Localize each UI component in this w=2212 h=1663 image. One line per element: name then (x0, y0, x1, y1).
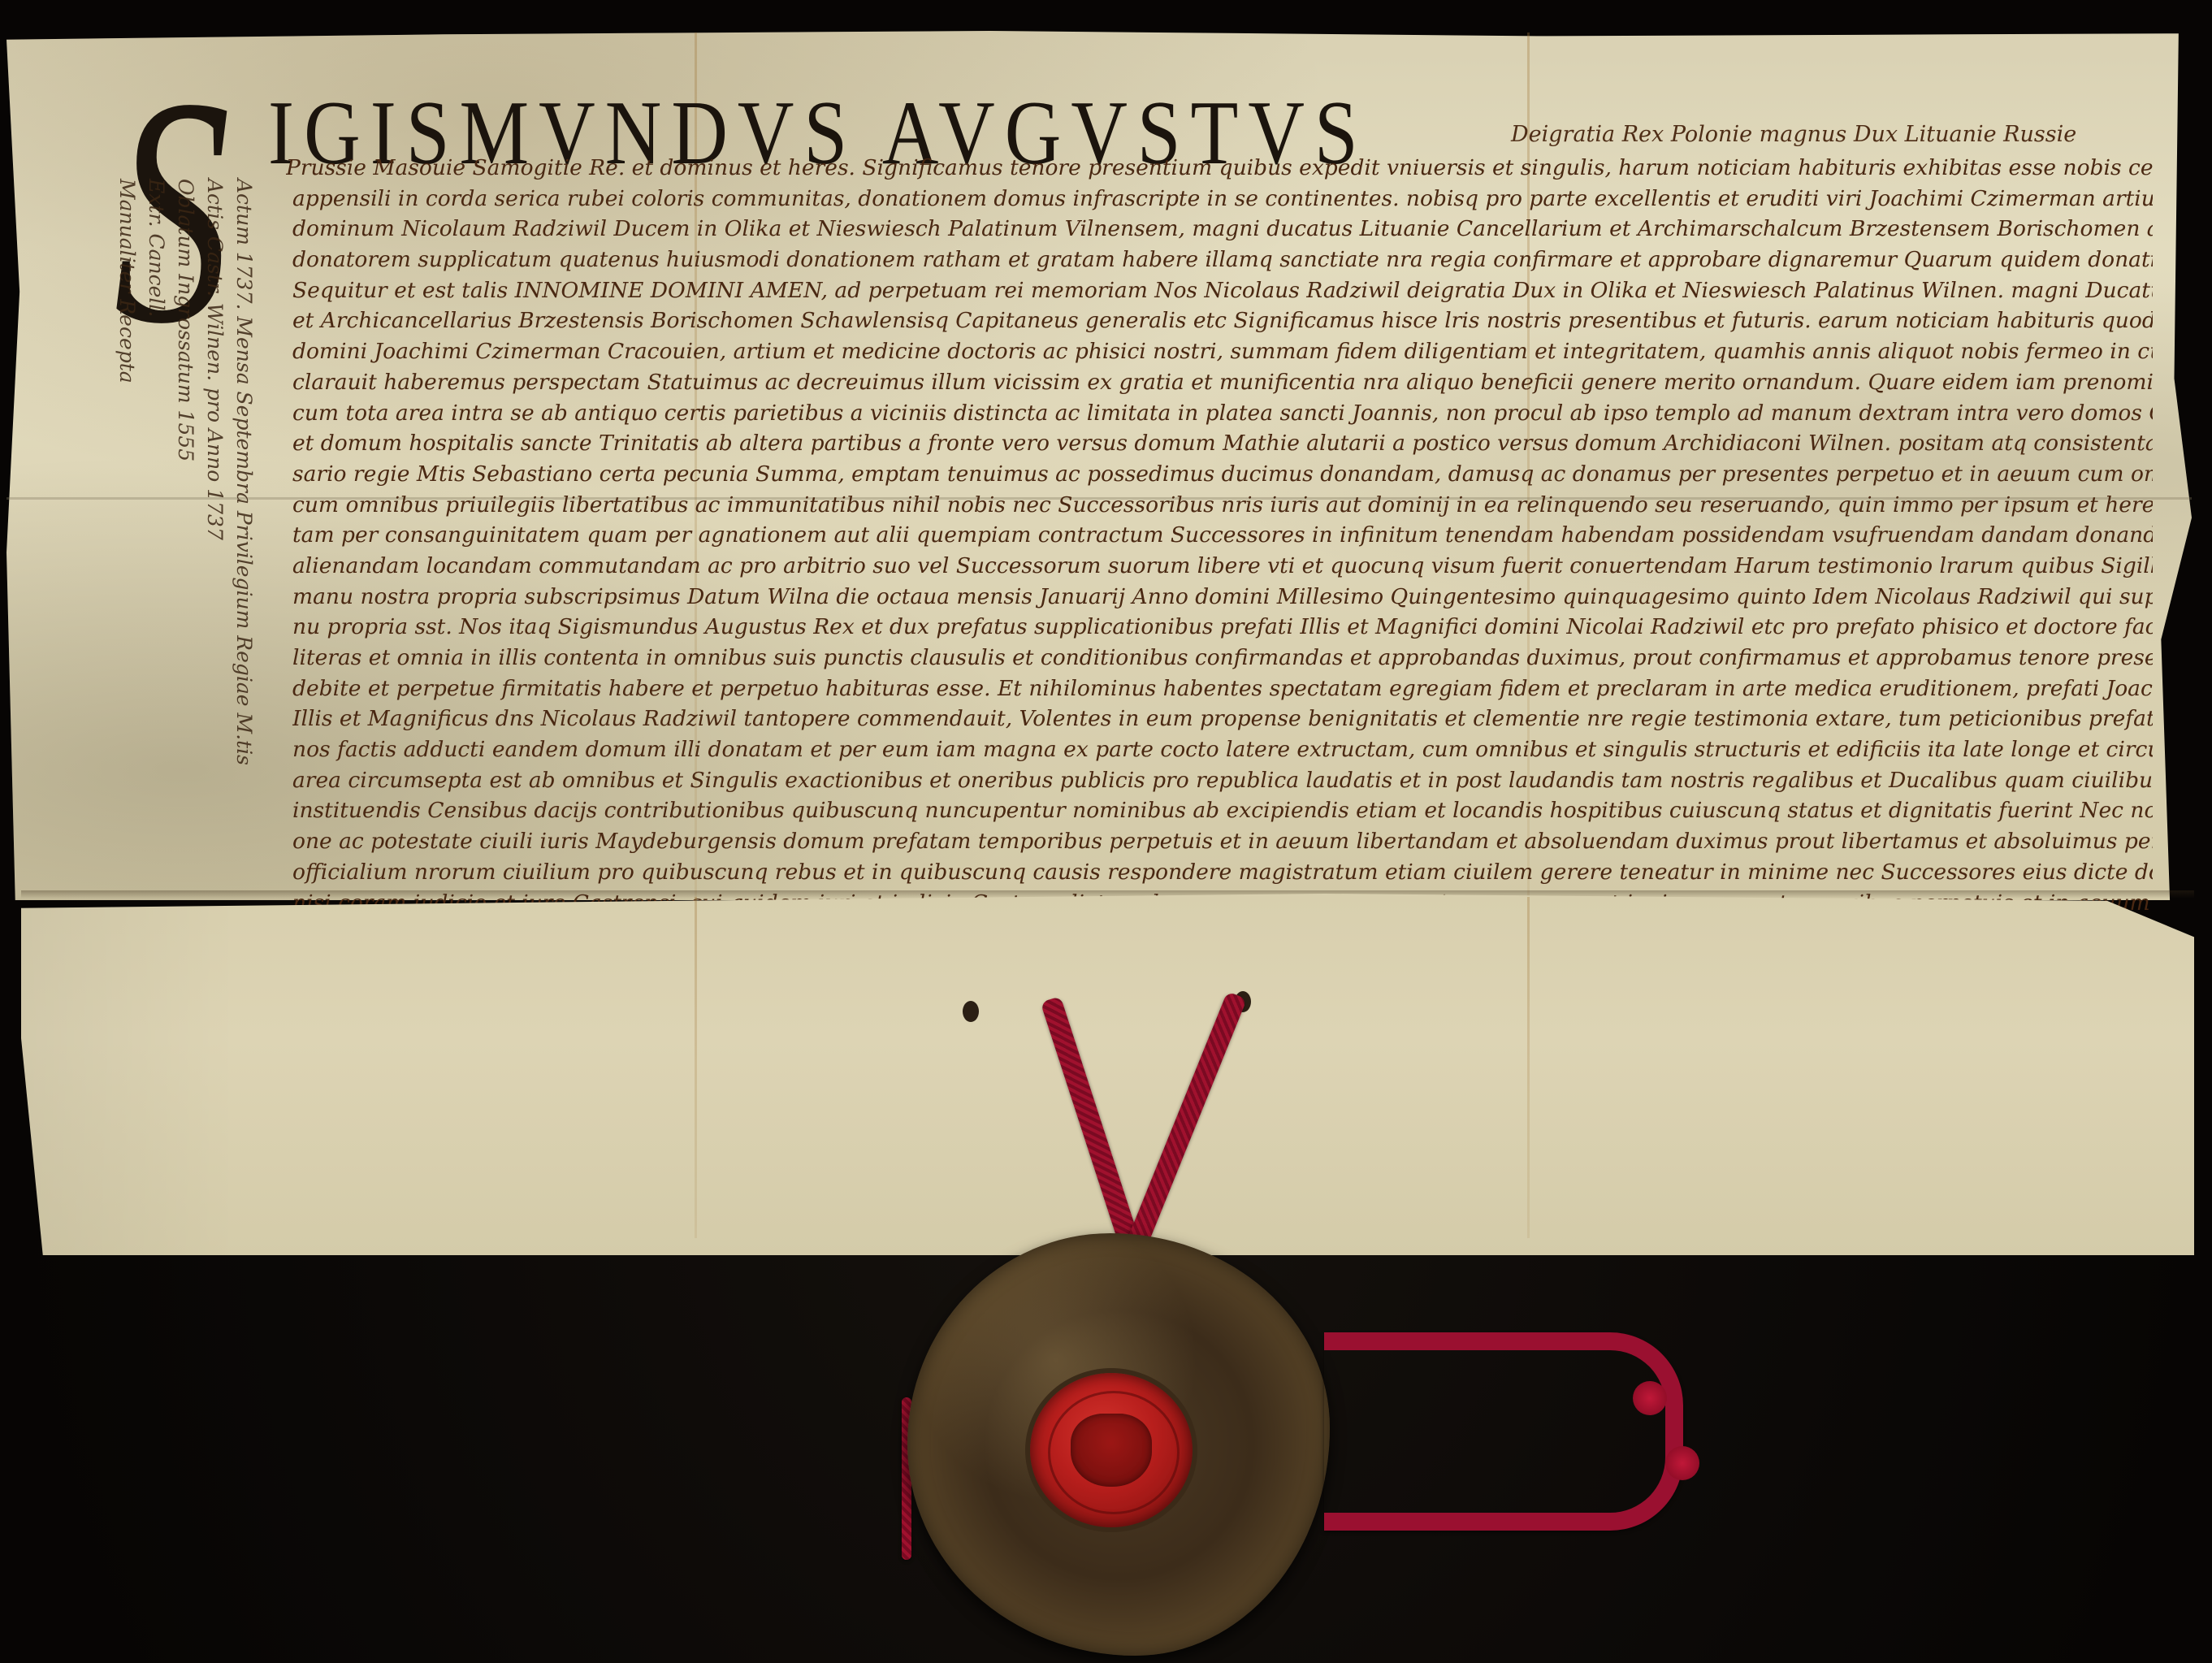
text-line: clarauit haberemus perspectam Statuimus … (292, 367, 2153, 398)
text-line: Sequitur et est talis INNOMINE DOMINI AM… (292, 275, 2153, 306)
text-line: et Archicancellarius Brzestensis Borisch… (292, 305, 2153, 336)
text-line: one ac potestate ciuili iuris Maydeburge… (292, 826, 2153, 857)
royal-intitulation: Deigratia Rex Polonie magnus Dux Lituani… (1511, 122, 2076, 147)
text-line: alienandam locandam commutandam ac pro a… (292, 551, 2153, 582)
margin-annotation-line: Actis Castr. Wilnen. pro Anno 1737 (200, 179, 229, 765)
text-line: nu propria sst. Nos itaq Sigismundus Aug… (292, 612, 2153, 643)
margin-annotation: Actum 1737. Mensa Septembra Privilegium … (112, 179, 258, 765)
text-line: tam per consanguinitatem quam per agnati… (292, 520, 2153, 551)
seal-coat-of-arms-icon (1071, 1414, 1152, 1487)
text-line: donatorem supplicatum quatenus huiusmodi… (292, 245, 2153, 275)
text-line: instituendis Censibus dacijs contributio… (292, 795, 2153, 826)
cord-knot (1665, 1446, 1699, 1480)
text-line: officialium nrorum ciuilium pro quibuscu… (292, 857, 2153, 888)
text-line: area circumsepta est ab omnibus et Singu… (292, 765, 2153, 796)
text-line: appensili in corda serica rubei coloris … (292, 184, 2153, 214)
text-line: Illis et Magnificus dns Nicolaus Radziwi… (292, 704, 2153, 734)
cord-knot (1633, 1381, 1667, 1415)
margin-annotation-line: Oblatum Ingrossatum 1555 (171, 179, 200, 765)
cord-hole-left (963, 1001, 979, 1022)
seal-cord-loop (1324, 1332, 1683, 1531)
plica-fold-line (1527, 897, 1530, 1238)
text-line: sario regie Mtis Sebastiano certa pecuni… (292, 459, 2153, 490)
margin-annotation-line: Manualiter Recepta (112, 179, 141, 765)
plica-fold-line (695, 897, 697, 1238)
text-line: nos factis adducti eandem domum illi don… (292, 734, 2153, 765)
text-line: manu nostra propria subscripsimus Datum … (292, 582, 2153, 613)
text-line: literas et omnia in illis contenta in om… (292, 643, 2153, 673)
text-line: et domum hospitalis sancte Trinitatis ab… (292, 428, 2153, 459)
text-line: domini Joachimi Czimerman Cracouien, art… (292, 336, 2153, 367)
margin-annotation-line: Actum 1737. Mensa Septembra Privilegium … (229, 179, 258, 765)
text-line: cum tota area intra se ab antiquo certis… (292, 398, 2153, 429)
text-line: debite et perpetue firmitatis habere et … (292, 673, 2153, 704)
text-line: Prussie Masouie Samogitie Re. et dominus… (286, 153, 2153, 184)
margin-annotation-line: Extr. Cancell. (141, 179, 171, 765)
text-line: dominum Nicolaum Radziwil Ducem in Olika… (292, 214, 2153, 245)
text-line: cum omnibus priuilegiis libertatibus ac … (292, 490, 2153, 521)
